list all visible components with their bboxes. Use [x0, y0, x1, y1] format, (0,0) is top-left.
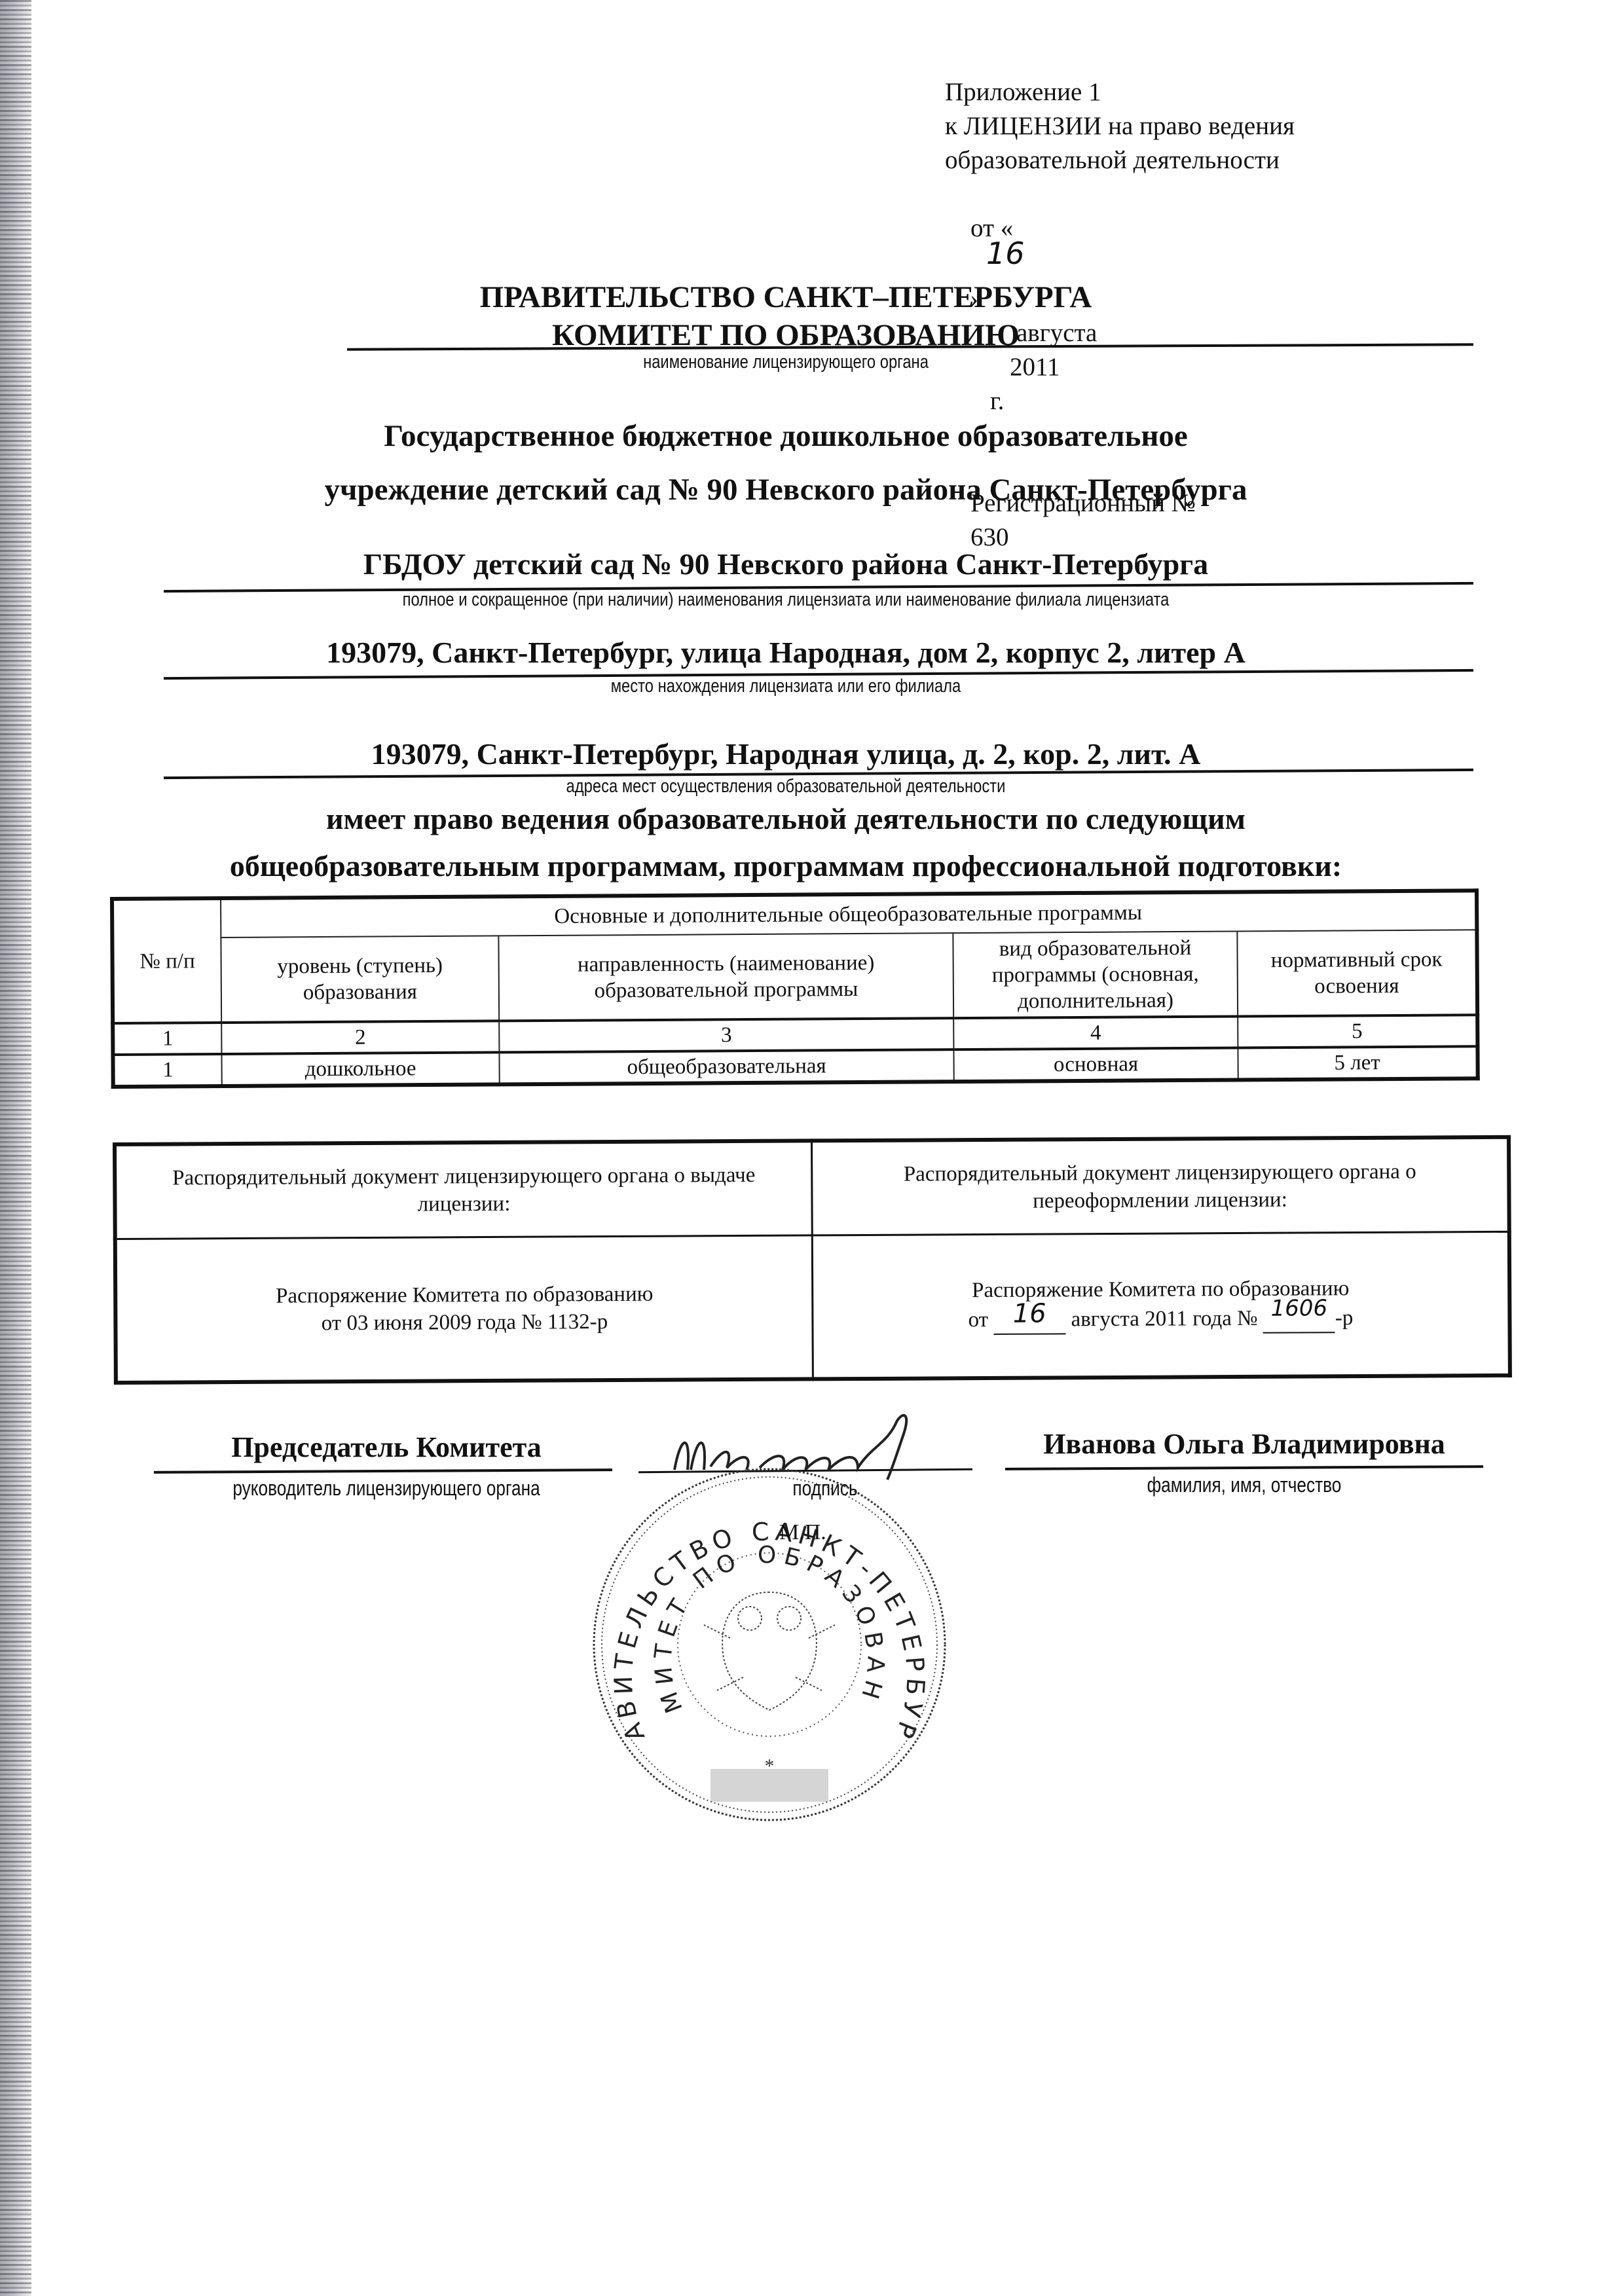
header-level: уровень (ступень) образования: [221, 936, 499, 1023]
name-caption: фамилия, имя, отчество: [1046, 1473, 1443, 1497]
activity-address: 193079, Санкт-Петербург, Народная улица,…: [0, 737, 1572, 771]
programs-table: № п/п Основные и дополнительные общеобра…: [110, 888, 1480, 1089]
authority-title: ПРАВИТЕЛЬСТВО САНКТ–ПЕТЕРБУРГА КОМИТЕТ П…: [0, 278, 1572, 354]
licensee-short-name: ГБДОУ детский сад № 90 Невского района С…: [0, 547, 1572, 581]
licensee-location: 193079, Санкт-Петербург, улица Народная,…: [0, 635, 1572, 670]
appendix-line3: образовательной деятельности: [945, 143, 1295, 177]
position-underline: [154, 1468, 612, 1474]
header-duration: нормативный срок освоения: [1237, 930, 1477, 1016]
authority-line1: ПРАВИТЕЛЬСТВО САНКТ–ПЕТЕРБУРГА: [0, 278, 1572, 316]
appendix-line2: к ЛИЦЕНЗИИ на право ведения: [945, 109, 1295, 143]
licensee-full-name: Государственное бюджетное дошкольное обр…: [0, 409, 1572, 517]
activity-address-caption: адреса мест осуществления образовательно…: [141, 776, 1430, 797]
issue-document: Распоряжение Комитета по образованию от …: [115, 1235, 813, 1383]
name-caption: полное и сокращенное (при наличии) наиме…: [141, 589, 1430, 611]
issue-document-header: Распорядительный документ лицензирующего…: [115, 1140, 812, 1239]
position-caption: руководитель лицензирующего органа: [193, 1476, 580, 1501]
handwritten-day: 16: [986, 236, 1025, 270]
signatory-name: Иванова Ольга Владимировна: [1002, 1427, 1486, 1461]
stamp-place-mark: М.П.: [779, 1520, 826, 1545]
signatory-position: Председатель Комитета: [151, 1430, 622, 1464]
rights-statement: имеет право ведения образовательной деят…: [0, 795, 1572, 890]
authority-caption: наименование лицензирующего органа: [141, 352, 1430, 373]
name-underline: [1005, 1465, 1483, 1470]
col-num-header: № п/п: [112, 898, 221, 1023]
documents-table: Распорядительный документ лицензирующего…: [113, 1135, 1512, 1385]
handwritten-reissue-day: 16: [1013, 1300, 1046, 1328]
official-stamp-icon: ПРАВИТЕЛЬСТВО САНКТ-ПЕТЕРБУРГА КОМИТЕТ П…: [586, 1461, 953, 1828]
handwritten-reissue-number: 1606: [1270, 1294, 1327, 1322]
header-direction: направленность (наименование) образовате…: [498, 933, 953, 1021]
reissue-document-header: Распорядительный документ лицензирующего…: [812, 1137, 1509, 1235]
header-type: вид образовательной программы (основная,…: [953, 931, 1238, 1018]
appendix-line1: Приложение 1: [945, 75, 1295, 109]
reissue-document: Распоряжение Комитета по образованию от …: [812, 1231, 1510, 1379]
location-caption: место нахождения лицензиата или его фили…: [141, 676, 1430, 697]
